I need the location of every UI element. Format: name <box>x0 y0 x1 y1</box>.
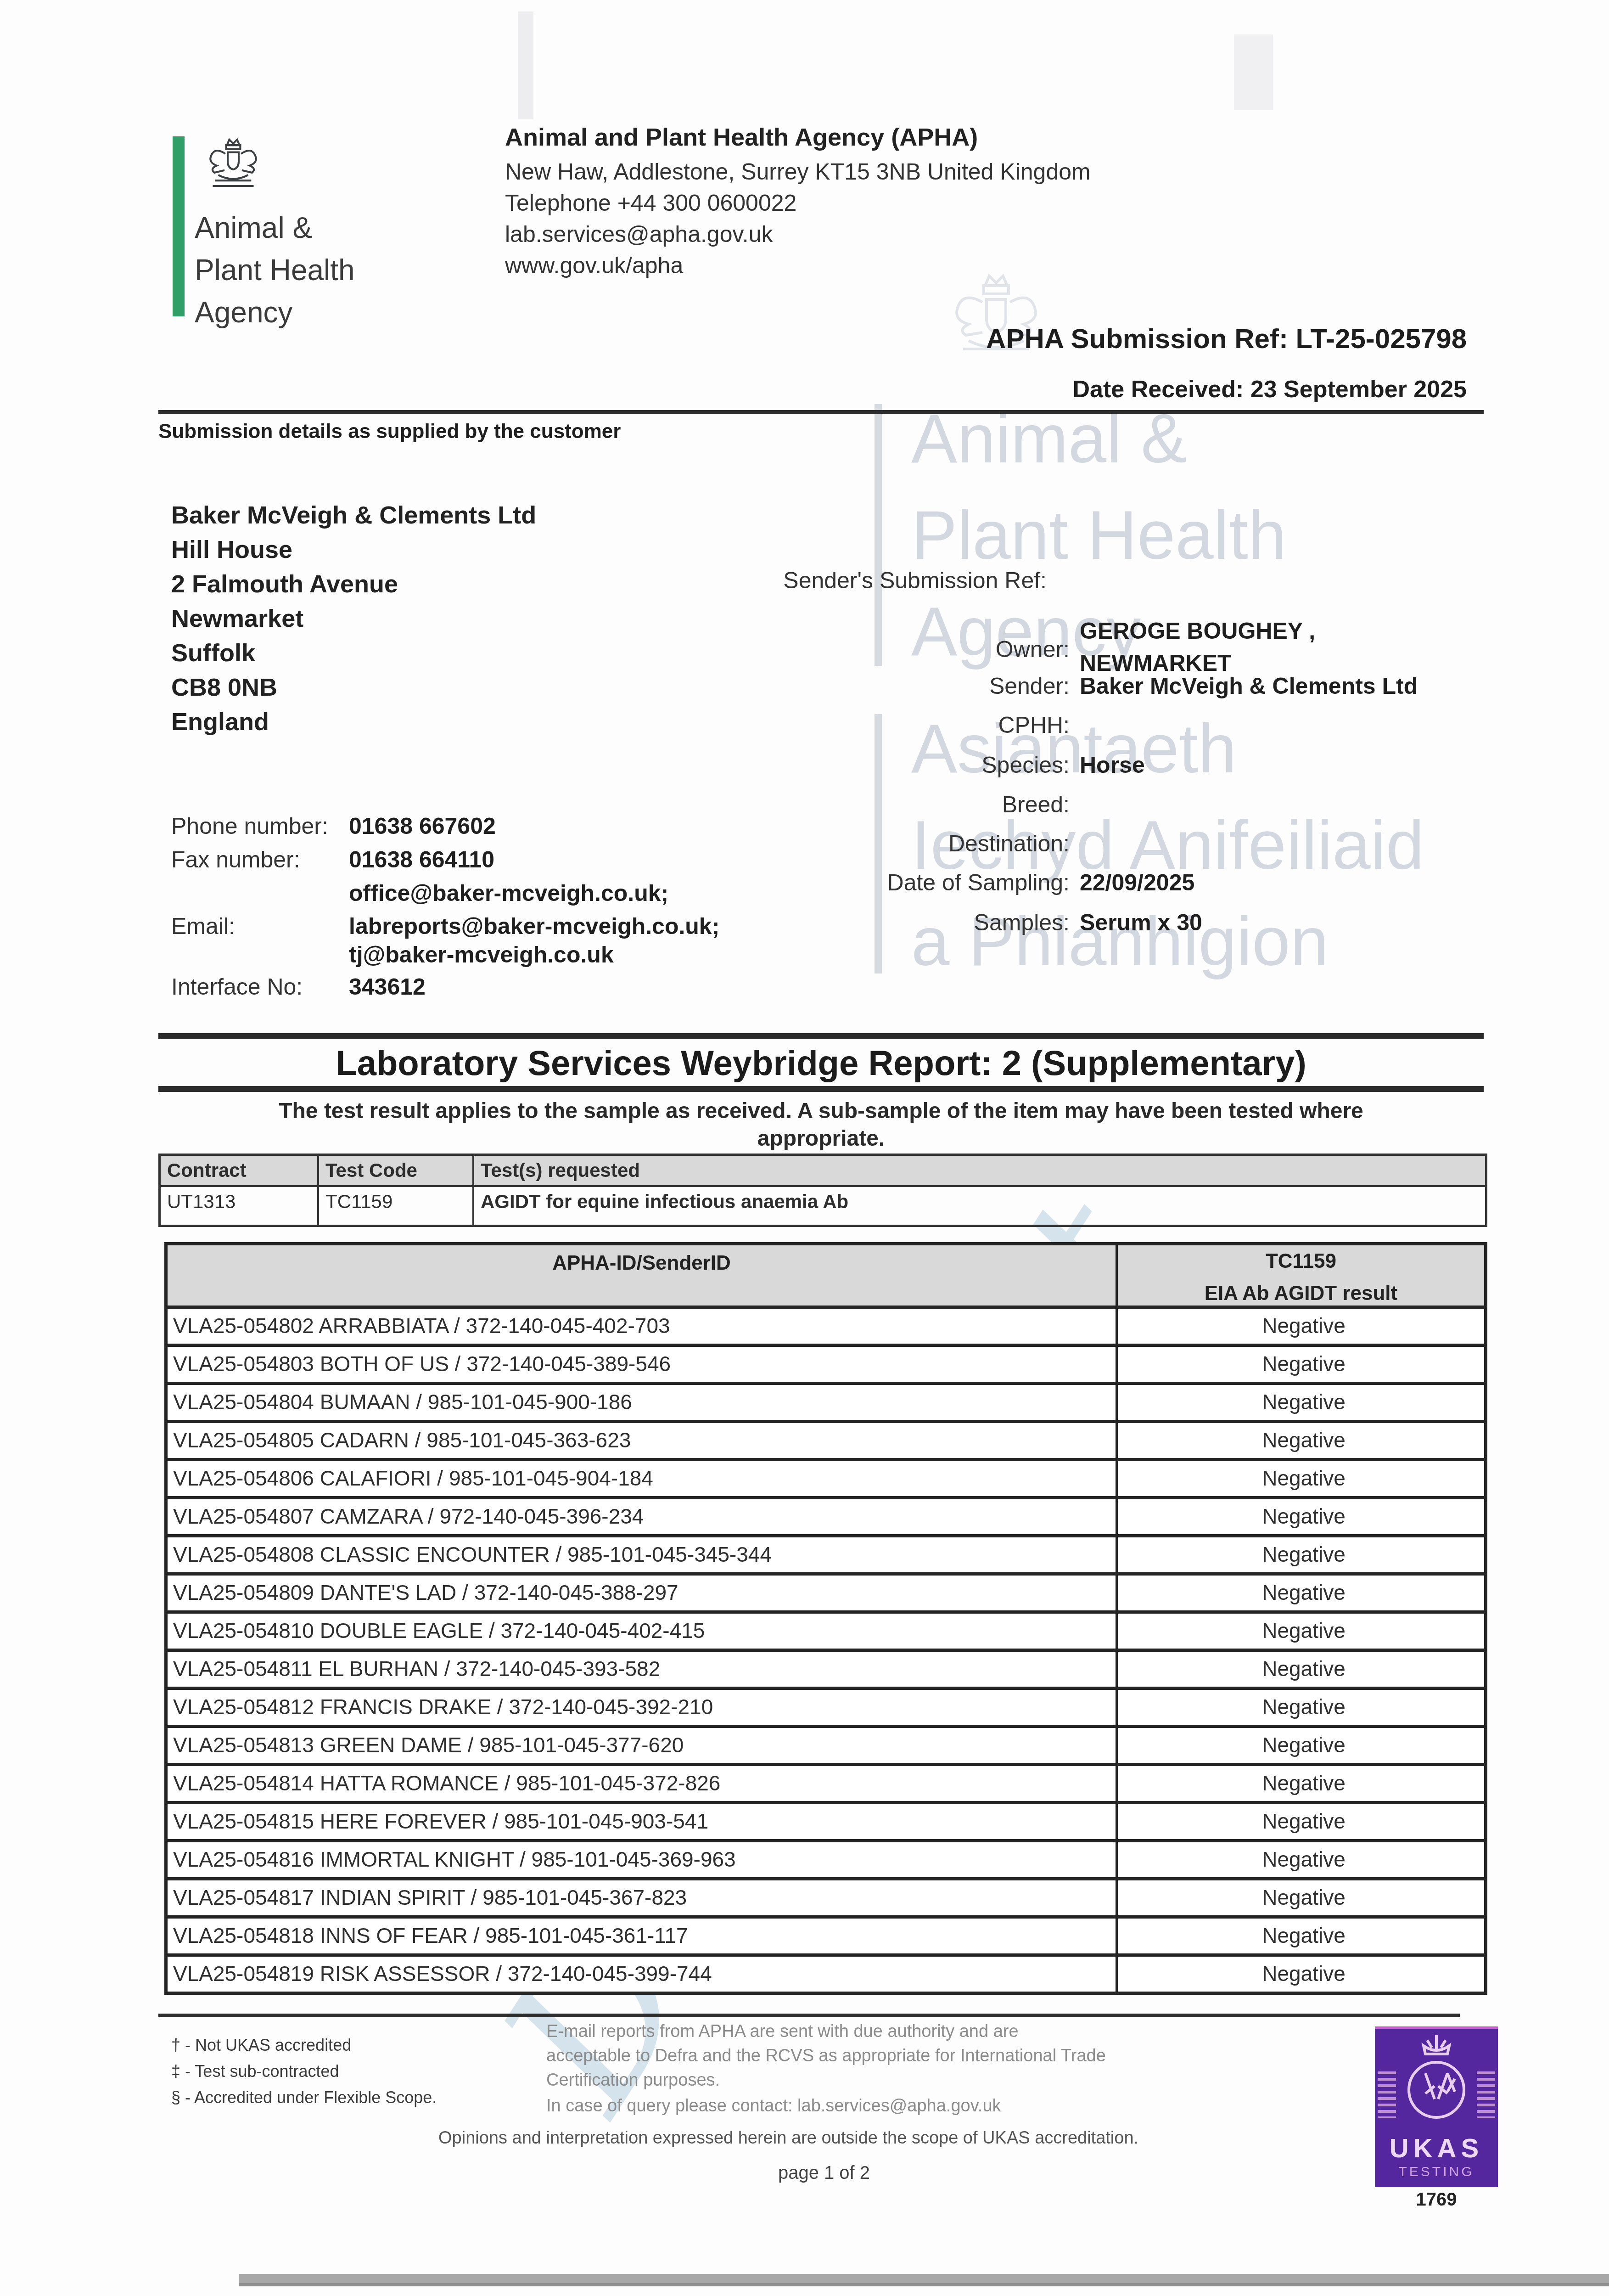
result-row: VLA25-054806 CALAFIORI / 985-101-045-904… <box>168 1461 1484 1499</box>
sample-id: VLA25-054814 HATTA ROMANCE / 985-101-045… <box>168 1766 1123 1801</box>
sample-id: VLA25-054816 IMMORTAL KNIGHT / 985-101-0… <box>168 1842 1123 1877</box>
results-table-header: APHA-ID/SenderID TC1159 EIA Ab AGIDT res… <box>168 1245 1484 1309</box>
footer-notice-line1: E-mail reports from APHA are sent with d… <box>546 2020 1244 2044</box>
ukas-stripe-left <box>1378 2068 1396 2118</box>
result-value: Negative <box>1123 1880 1484 1915</box>
address-line: Hill House <box>171 533 536 567</box>
test-code-value: TC1159 <box>319 1187 474 1225</box>
result-row: VLA25-054807 CAMZARA / 972-140-045-396-2… <box>168 1499 1484 1537</box>
result-value: Negative <box>1123 1347 1484 1382</box>
ukas-number: 1769 <box>1375 2189 1498 2210</box>
ukas-type-label: TESTING <box>1375 2164 1498 2180</box>
result-value: Negative <box>1123 1804 1484 1839</box>
sample-id: VLA25-054809 DANTE'S LAD / 372-140-045-3… <box>168 1576 1123 1610</box>
agency-website: www.gov.uk/apha <box>505 252 683 279</box>
apha-id-header: APHA-ID/SenderID <box>168 1252 1116 1275</box>
footnote-line: § - Accredited under Flexible Scope. <box>171 2084 437 2110</box>
sample-id: VLA25-054802 ARRABBIATA / 372-140-045-40… <box>168 1309 1123 1344</box>
report-title: Laboratory Services Weybridge Report: 2 … <box>158 1043 1484 1083</box>
address-line: CB8 0NB <box>171 670 536 705</box>
sample-id: VLA25-054811 EL BURHAN / 372-140-045-393… <box>168 1652 1123 1687</box>
interface-no-value: 343612 <box>349 974 426 1000</box>
address-line: Baker McVeigh & Clements Ltd <box>171 498 536 533</box>
breed-label: Breed: <box>689 791 1070 818</box>
agency-title: Animal and Plant Health Agency (APHA) <box>505 123 978 152</box>
result-row: VLA25-054812 FRANCIS DRAKE / 372-140-045… <box>168 1690 1484 1728</box>
result-value: Negative <box>1123 1652 1484 1687</box>
logo-wordmark: Animal & Plant Health Agency <box>195 207 355 333</box>
address-line: Suffolk <box>171 636 536 670</box>
ukas-top-edge <box>1375 2026 1498 2029</box>
logo-line-1: Animal & <box>195 207 355 249</box>
result-row: VLA25-054818 INNS OF FEAR / 985-101-045-… <box>168 1919 1484 1957</box>
result-value: Negative <box>1123 1309 1484 1344</box>
footer-notice-line2: acceptable to Defra and the RCVS as appr… <box>546 2044 1244 2068</box>
result-row: VLA25-054810 DOUBLE EAGLE / 372-140-045-… <box>168 1614 1484 1652</box>
sample-id: VLA25-054817 INDIAN SPIRIT / 985-101-045… <box>168 1880 1123 1915</box>
agency-address: New Haw, Addlestone, Surrey KT15 3NB Uni… <box>505 158 1091 185</box>
footer-notice-line3: Certification purposes. <box>546 2068 1244 2093</box>
sample-id: VLA25-054815 HERE FOREVER / 985-101-045-… <box>168 1804 1123 1839</box>
result-value: Negative <box>1123 1537 1484 1572</box>
date-received: Date Received: 23 September 2025 <box>1073 376 1467 403</box>
logo-line-2: Plant Health <box>195 249 355 291</box>
destination-label: Destination: <box>689 830 1070 857</box>
species-label: Species: <box>689 752 1070 778</box>
result-value: Negative <box>1123 1842 1484 1877</box>
eia-result-header: EIA Ab AGIDT result <box>1118 1282 1484 1305</box>
ukas-crown-circle-icon <box>1400 2033 1473 2134</box>
result-value: Negative <box>1123 1728 1484 1763</box>
test-requested-value: AGIDT for equine infectious anaemia Ab <box>474 1187 1485 1225</box>
tests-table-row: UT1313 TC1159 AGIDT for equine infectiou… <box>161 1187 1485 1225</box>
results-table: APHA-ID/SenderID TC1159 EIA Ab AGIDT res… <box>164 1242 1487 1995</box>
footer-query-contact: In case of query please contact: lab.ser… <box>546 2096 1001 2116</box>
address-line: Newmarket <box>171 602 536 636</box>
sample-id: VLA25-054810 DOUBLE EAGLE / 372-140-045-… <box>168 1614 1123 1649</box>
result-row: VLA25-054808 CLASSIC ENCOUNTER / 985-101… <box>168 1537 1484 1576</box>
page-number: page 1 of 2 <box>732 2163 916 2183</box>
footnotes: † - Not UKAS accredited‡ - Test sub-cont… <box>171 2032 437 2110</box>
sample-id: VLA25-054806 CALAFIORI / 985-101-045-904… <box>168 1461 1123 1496</box>
result-value: Negative <box>1123 1919 1484 1953</box>
result-value: Negative <box>1123 1461 1484 1496</box>
result-row: VLA25-054816 IMMORTAL KNIGHT / 985-101-0… <box>168 1842 1484 1880</box>
fax-value: 01638 664110 <box>349 846 494 873</box>
address-line: England <box>171 705 536 739</box>
contract-value: UT1313 <box>161 1187 319 1225</box>
address-line: 2 Falmouth Avenue <box>171 567 536 602</box>
result-row: VLA25-054814 HATTA ROMANCE / 985-101-045… <box>168 1766 1484 1804</box>
result-row: VLA25-054805 CADARN / 985-101-045-363-62… <box>168 1423 1484 1461</box>
email-value-3: tj@baker-mcveigh.co.uk <box>349 941 614 968</box>
result-value: Negative <box>1123 1385 1484 1420</box>
test-code-header: Test Code <box>319 1156 474 1185</box>
results-table-column-divider <box>1116 1245 1118 1992</box>
sample-id: VLA25-054805 CADARN / 985-101-045-363-62… <box>168 1423 1123 1458</box>
samples-label: Samples: <box>689 909 1070 936</box>
title-rule-bottom <box>158 1086 1484 1092</box>
owner-label: Owner: <box>689 636 1070 663</box>
interface-no-label: Interface No: <box>171 974 303 1000</box>
tc1159-header: TC1159 <box>1118 1250 1484 1273</box>
footer-rule <box>158 2014 1460 2017</box>
result-row: VLA25-054815 HERE FOREVER / 985-101-045-… <box>168 1804 1484 1842</box>
result-value: Negative <box>1123 1690 1484 1725</box>
phone-value: 01638 667602 <box>349 813 496 839</box>
sample-id: VLA25-054812 FRANCIS DRAKE / 372-140-045… <box>168 1690 1123 1725</box>
date-of-sampling-value: 22/09/2025 <box>1080 869 1194 896</box>
email-value-2: labreports@baker-mcveigh.co.uk; <box>349 913 719 940</box>
section-heading: Submission details as supplied by the cu… <box>158 420 621 443</box>
tests-table-header: Contract Test Code Test(s) requested <box>161 1156 1485 1187</box>
species-value: Horse <box>1080 752 1145 778</box>
ukas-stripe-right <box>1477 2068 1495 2118</box>
sample-id: VLA25-054804 BUMAAN / 985-101-045-900-18… <box>168 1385 1123 1420</box>
result-row: VLA25-054811 EL BURHAN / 372-140-045-393… <box>168 1652 1484 1690</box>
sender-label: Sender: <box>689 673 1070 699</box>
result-value: Negative <box>1123 1499 1484 1534</box>
report-note-line2: appropriate. <box>158 1126 1484 1151</box>
agency-telephone: Telephone +44 300 0600022 <box>505 190 796 216</box>
result-row: VLA25-054809 DANTE'S LAD / 372-140-045-3… <box>168 1576 1484 1614</box>
sample-id: VLA25-054807 CAMZARA / 972-140-045-396-2… <box>168 1499 1123 1534</box>
sample-id: VLA25-054818 INNS OF FEAR / 985-101-045-… <box>168 1919 1123 1953</box>
footnote-line: † - Not UKAS accredited <box>171 2032 437 2058</box>
agency-email: lab.services@apha.gov.uk <box>505 221 773 248</box>
cphh-label: CPHH: <box>689 712 1070 738</box>
footnote-line: ‡ - Test sub-contracted <box>171 2058 437 2084</box>
result-value: Negative <box>1123 1423 1484 1458</box>
report-note-line1: The test result applies to the sample as… <box>158 1098 1484 1124</box>
sample-id: VLA25-054808 CLASSIC ENCOUNTER / 985-101… <box>168 1537 1123 1572</box>
scanned-report-page: Animal &Plant HealthAgency AsiantaethIec… <box>0 0 1609 2296</box>
sample-id: VLA25-054819 RISK ASSESSOR / 372-140-045… <box>168 1957 1123 1992</box>
apha-submission-ref: APHA Submission Ref: LT-25-025798 <box>986 323 1467 355</box>
result-row: VLA25-054804 BUMAAN / 985-101-045-900-18… <box>168 1385 1484 1423</box>
email-label: Email: <box>171 913 235 940</box>
footer-notice: E-mail reports from APHA are sent with d… <box>546 2020 1244 2093</box>
sender-submission-ref-label: Sender's Submission Ref: <box>666 567 1047 594</box>
date-of-sampling-label: Date of Sampling: <box>689 869 1070 896</box>
fax-label: Fax number: <box>171 846 300 873</box>
tests-requested-table: Contract Test Code Test(s) requested UT1… <box>158 1154 1487 1227</box>
result-row: VLA25-054819 RISK ASSESSOR / 372-140-045… <box>168 1957 1484 1992</box>
results-table-body: VLA25-054802 ARRABBIATA / 372-140-045-40… <box>168 1309 1484 1992</box>
email-value-1: office@baker-mcveigh.co.uk; <box>349 880 668 906</box>
owner-value-1: GEROGE BOUGHEY , <box>1080 618 1315 644</box>
samples-value: Serum x 30 <box>1080 909 1202 936</box>
tests-requested-header: Test(s) requested <box>474 1156 1485 1185</box>
title-rule-top <box>158 1033 1484 1039</box>
result-value: Negative <box>1123 1576 1484 1610</box>
sample-id: VLA25-054813 GREEN DAME / 985-101-045-37… <box>168 1728 1123 1763</box>
result-row: VLA25-054817 INDIAN SPIRIT / 985-101-045… <box>168 1880 1484 1919</box>
ukas-testing-logo: UKAS TESTING <box>1375 2026 1498 2187</box>
divider-rule <box>158 410 1484 414</box>
ukas-wordmark: UKAS <box>1375 2133 1498 2164</box>
logo-green-bar <box>173 136 185 316</box>
apha-logo: Animal & Plant Health Agency <box>173 136 494 348</box>
result-row: VLA25-054802 ARRABBIATA / 372-140-045-40… <box>168 1309 1484 1347</box>
result-value: Negative <box>1123 1957 1484 1992</box>
royal-crest-icon <box>194 137 273 197</box>
sender-value: Baker McVeigh & Clements Ltd <box>1080 673 1418 699</box>
sample-id: VLA25-054803 BOTH OF US / 372-140-045-38… <box>168 1347 1123 1382</box>
result-value: Negative <box>1123 1766 1484 1801</box>
result-row: VLA25-054803 BOTH OF US / 372-140-045-38… <box>168 1347 1484 1385</box>
contract-header: Contract <box>161 1156 319 1185</box>
logo-line-3: Agency <box>195 291 355 333</box>
result-row: VLA25-054813 GREEN DAME / 985-101-045-37… <box>168 1728 1484 1766</box>
footer-opinions: Opinions and interpretation expressed he… <box>438 2128 1138 2148</box>
customer-address: Baker McVeigh & Clements LtdHill House2 … <box>171 498 536 739</box>
result-value: Negative <box>1123 1614 1484 1649</box>
phone-label: Phone number: <box>171 813 328 839</box>
